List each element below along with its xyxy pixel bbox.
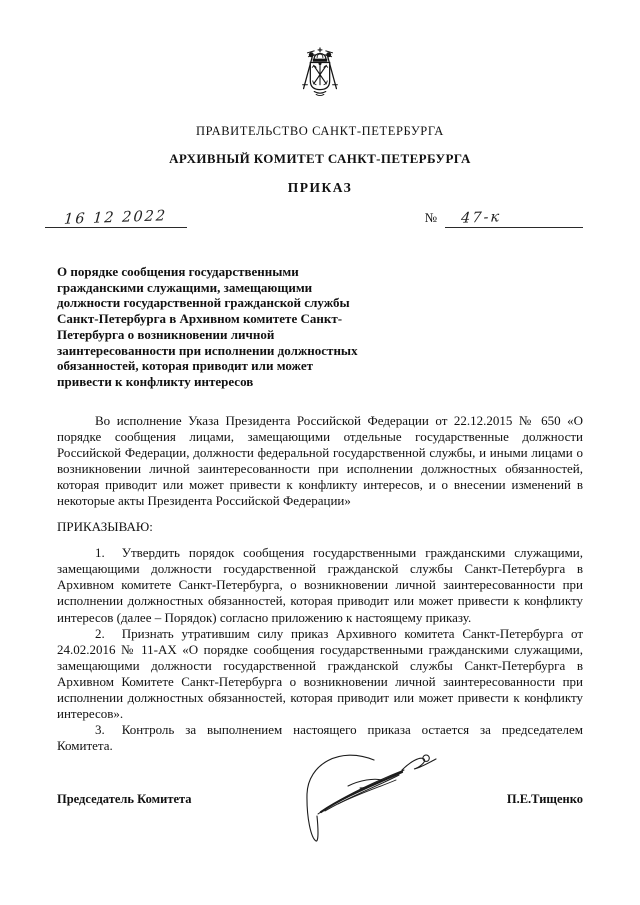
item-text: Признать утратившим силу приказ Архивног…: [57, 626, 583, 721]
preamble-paragraph: Во исполнение Указа Президента Российско…: [57, 413, 583, 510]
document-type-title: ПРИКАЗ: [57, 180, 583, 196]
signer-position: Председатель Комитета: [57, 792, 192, 807]
committee-name: АРХИВНЫЙ КОМИТЕТ САНКТ-ПЕТЕРБУРГА: [57, 151, 583, 167]
handwritten-date: 16 12 2022: [64, 208, 168, 229]
item-number: 2.: [95, 626, 122, 641]
item-text: Контроль за выполнением настоящего прика…: [57, 722, 583, 753]
document-page: ПРАВИТЕЛЬСТВО САНКТ-ПЕТЕРБУРГА АРХИВНЫЙ …: [0, 0, 640, 905]
item-text: Утвердить порядок сообщения государствен…: [57, 545, 583, 624]
number-sign-label: №: [425, 210, 445, 228]
number-field: № 47-к: [425, 205, 583, 228]
item-number: 1.: [95, 545, 122, 560]
date-field: 16 12 2022: [45, 205, 187, 228]
order-item-1: 1.Утвердить порядок сообщения государств…: [57, 545, 583, 625]
handwritten-number: 47-к: [460, 209, 501, 227]
order-item-3: 3.Контроль за выполнением настоящего при…: [57, 722, 583, 754]
order-title: О порядке сообщения государственными гра…: [57, 264, 362, 390]
saint-petersburg-coat-of-arms-icon: [291, 44, 349, 110]
order-items: 1.Утвердить порядок сообщения государств…: [57, 545, 583, 754]
document-header: ПРАВИТЕЛЬСТВО САНКТ-ПЕТЕРБУРГА АРХИВНЫЙ …: [57, 44, 583, 196]
signer-name: П.Е.Тищенко: [507, 792, 583, 807]
number-blank: 47-к: [445, 205, 583, 228]
government-name: ПРАВИТЕЛЬСТВО САНКТ-ПЕТЕРБУРГА: [57, 124, 583, 139]
order-item-2: 2.Признать утратившим силу приказ Архивн…: [57, 626, 583, 723]
signature-row: Председатель Комитета П.Е.Тищенко: [57, 792, 583, 807]
item-number: 3.: [95, 722, 122, 737]
decree-word: ПРИКАЗЫВАЮ:: [57, 519, 583, 535]
requisites-row: 16 12 2022 № 47-к: [45, 205, 583, 228]
